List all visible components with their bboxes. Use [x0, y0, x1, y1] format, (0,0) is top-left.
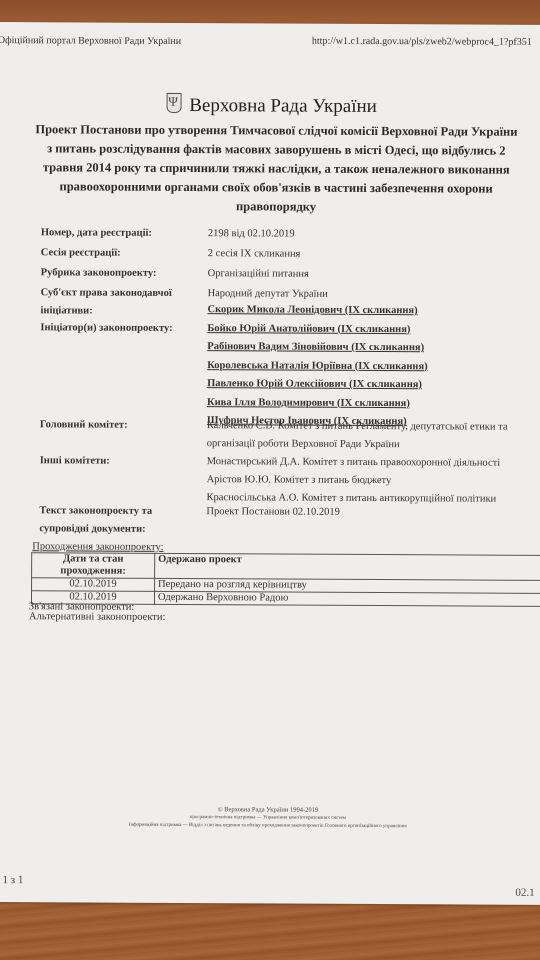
- print-date: 02.1: [515, 887, 534, 899]
- dates-column-header: Дати та стан проходження:: [32, 553, 155, 579]
- wooden-table-background: [0, 900, 540, 960]
- bill-title: Проект Постанови про утворення Тимчасово…: [31, 120, 521, 218]
- page-number: р. 1 з 1: [0, 874, 23, 886]
- initiator-link[interactable]: Бойко Юрій Анатолійович (IX скликання): [207, 320, 540, 340]
- initiators-label: Ініціатор(и) законопроекту:: [40, 319, 200, 338]
- other-committee: Монастирський Д.А. Комітет з питань прав…: [207, 453, 540, 473]
- passage-status: Одержано Верховною Радою: [154, 591, 540, 606]
- site-title: Верховна Рада України: [0, 92, 540, 119]
- portal-name: Офіційний портал Верховної Ради України: [0, 35, 181, 47]
- subject-label: Суб'єкт права законодавчої ініціативи:: [40, 284, 190, 321]
- initiator-link[interactable]: Кива Ілля Володимирович (IX скликання): [207, 394, 540, 414]
- table-header-row: Дати та стан проходження: Одержано проек…: [32, 553, 540, 581]
- initiator-link[interactable]: Рабінович Вадим Зіновійович (IX скликанн…: [207, 338, 540, 358]
- footer-info: Інформаційна підтримка — Відділ з питань…: [0, 822, 540, 830]
- initiator-link[interactable]: Королевська Наталія Юріївна (IX скликанн…: [207, 357, 540, 377]
- coat-of-arms-icon: [166, 93, 181, 113]
- rubric-label: Рубрика законопроекту:: [41, 264, 201, 283]
- documents-link[interactable]: Проект Постанови 02.10.2019: [206, 503, 540, 523]
- main-committee-value: Кальченко С.В. Комітет з питань Регламен…: [207, 417, 527, 455]
- footer-support: програмно-технічна підтримка — Управлінн…: [0, 814, 540, 822]
- rubric-value: Організаційні питання: [208, 265, 540, 285]
- initiator-link[interactable]: Скорик Микола Леонідович (IX скликання): [207, 301, 540, 321]
- passage-caption: Проходження законопроекту:: [32, 541, 163, 553]
- passage-table: Дати та стан проходження: Одержано проек…: [31, 552, 540, 607]
- registration-value: 2198 від 02.10.2019: [208, 225, 540, 245]
- registration-label: Номер, дата реєстрації:: [41, 224, 201, 243]
- alternative-bills-label: Альтернативні законопроекти:: [29, 611, 166, 623]
- status-column-header: Одержано проект: [155, 553, 540, 580]
- documents-label: Текст законопроекту та супровідні докуме…: [39, 502, 179, 539]
- site-title-text: Верховна Рада України: [189, 95, 377, 117]
- footer-copyright: © Верховна Рада України 1994-2019: [0, 805, 540, 815]
- other-committee: Арістов Ю.Ю. Комітет з питань бюджету: [207, 471, 540, 491]
- initiator-link[interactable]: Павленко Юрій Олексійович (IX скликання): [207, 375, 540, 395]
- session-label: Сесія реєстрації:: [41, 244, 201, 263]
- printed-page: Офіційний портал Верховної Ради України …: [0, 22, 540, 905]
- page-url: http://w1.c1.rada.gov.ua/pls/zweb2/webpr…: [312, 36, 532, 48]
- session-value: 2 сесія IX скликання: [208, 245, 540, 265]
- passage-status: Передано на розгляд керівництву: [155, 578, 540, 593]
- main-committee-label: Головний комітет:: [40, 416, 200, 435]
- other-committees-label: Інші комітети:: [40, 452, 200, 471]
- passage-date: 02.10.2019: [32, 578, 155, 592]
